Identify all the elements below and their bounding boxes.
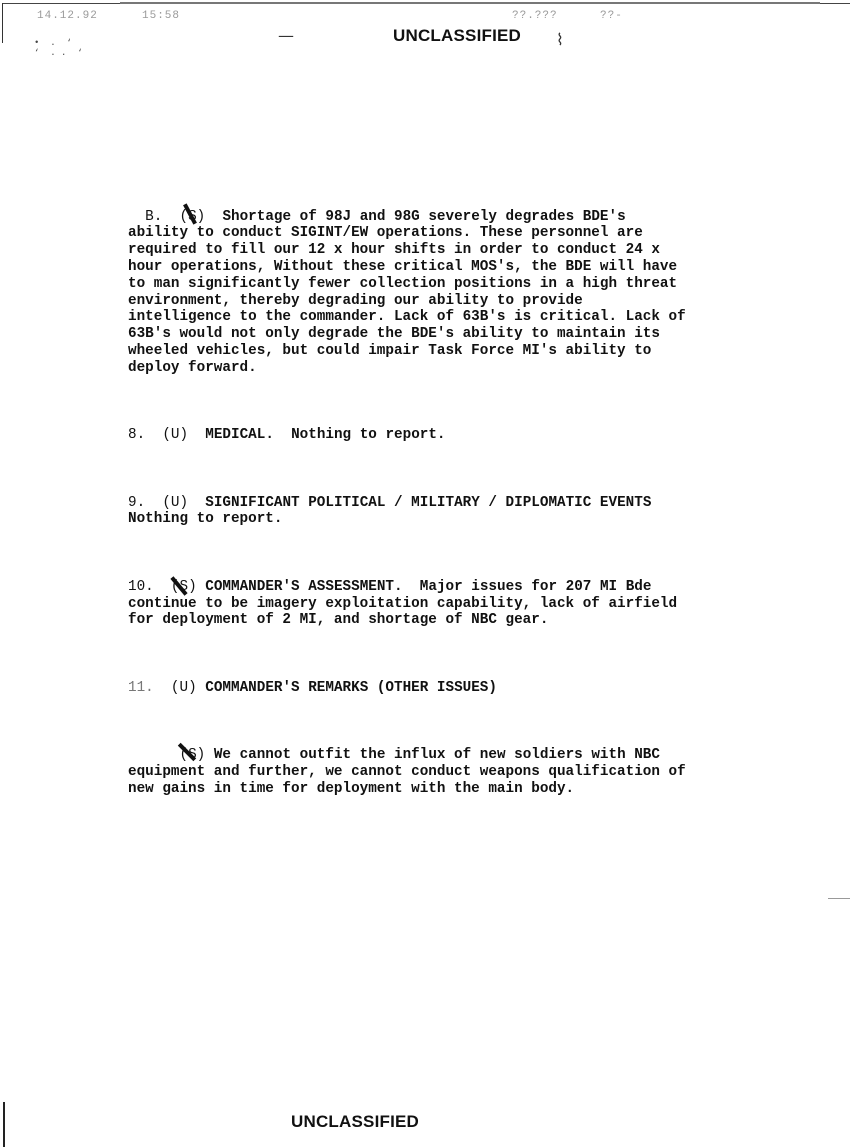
fax-number: ??.???: [512, 10, 558, 22]
scan-mark-right: ⌇: [556, 30, 564, 49]
para-heading: SIGNIFICANT POLITICAL / MILITARY / DIPLO…: [205, 495, 651, 511]
classification-marking: (U): [162, 427, 188, 443]
fax-date: 14.12.92: [37, 10, 98, 22]
para-text: Nothing to report.: [128, 511, 282, 527]
classification-banner-bottom: UNCLASSIFIED: [291, 1112, 419, 1132]
para-heading: COMMANDER'S REMARKS (OTHER ISSUES): [205, 680, 497, 696]
para-line: to man significantly fewer collection po…: [128, 276, 677, 292]
para-number: 8.: [128, 427, 145, 443]
para-heading: COMMANDER'S ASSESSMENT.: [205, 579, 402, 595]
para-text: for deployment of 2 MI, and shortage of …: [128, 612, 548, 628]
scan-border-top-shadow: [120, 2, 820, 4]
paragraph-b: B. (S) Shortage of 98J and 98G severely …: [128, 209, 808, 377]
para-line: intelligence to the commander. Lack of 6…: [128, 309, 686, 325]
para-number: 9.: [128, 495, 145, 511]
scan-speckle-marks: • . ‘‘ . . ‘: [34, 38, 83, 58]
classification-marking: (U): [162, 495, 188, 511]
classification-marking: (S): [180, 209, 206, 226]
para-line: required to fill our 12 x hour shifts in…: [128, 242, 660, 258]
para-text: continue to be imagery exploitation capa…: [128, 596, 677, 612]
document-body: B. (S) Shortage of 98J and 98G severely …: [128, 175, 808, 814]
para-line: 63B's would not only degrade the BDE's a…: [128, 326, 660, 342]
classification-banner-top: UNCLASSIFIED: [393, 26, 521, 46]
para-heading: MEDICAL.: [205, 427, 274, 443]
paragraph-10: 10. (S) COMMANDER'S ASSESSMENT. Major is…: [128, 579, 808, 629]
para-line: deploy forward.: [128, 360, 257, 376]
scan-border-left: [2, 3, 3, 43]
classification-marking: (S): [171, 579, 197, 596]
para-number: 11.: [128, 680, 154, 696]
classification-marking: (U): [171, 680, 197, 696]
para-line: wheeled vehicles, but could impair Task …: [128, 343, 651, 359]
paragraph-11: 11. (U) COMMANDER'S REMARKS (OTHER ISSUE…: [128, 680, 808, 697]
para-number: 10.: [128, 579, 154, 595]
paragraph-11a: (S) We cannot outfit the influx of new s…: [128, 747, 808, 797]
para-text: Major issues for 207 MI Bde: [420, 579, 652, 595]
classification-marking: (S): [179, 747, 205, 764]
para-text: Nothing to report.: [291, 427, 445, 443]
paragraph-8: 8. (U) MEDICAL. Nothing to report.: [128, 427, 808, 444]
paragraph-9: 9. (U) SIGNIFICANT POLITICAL / MILITARY …: [128, 495, 808, 529]
para-line: ability to conduct SIGINT/EW operations.…: [128, 225, 643, 241]
para-line: Shortage of 98J and 98G severely degrade…: [222, 209, 625, 225]
scan-mark-left: —: [278, 26, 294, 45]
para-line: environment, thereby degrading our abili…: [128, 293, 583, 309]
fax-time: 15:58: [142, 10, 180, 22]
scan-border-left-bottom: [3, 1102, 5, 1147]
scan-artifact-dash: [828, 898, 850, 899]
para-text: new gains in time for deployment with th…: [128, 781, 574, 797]
para-line: hour operations, Without these critical …: [128, 259, 677, 275]
para-text: We cannot outfit the influx of new soldi…: [214, 747, 660, 763]
para-number: B.: [145, 209, 162, 225]
para-text: equipment and further, we cannot conduct…: [128, 764, 686, 780]
fax-page: ??-: [600, 10, 623, 22]
